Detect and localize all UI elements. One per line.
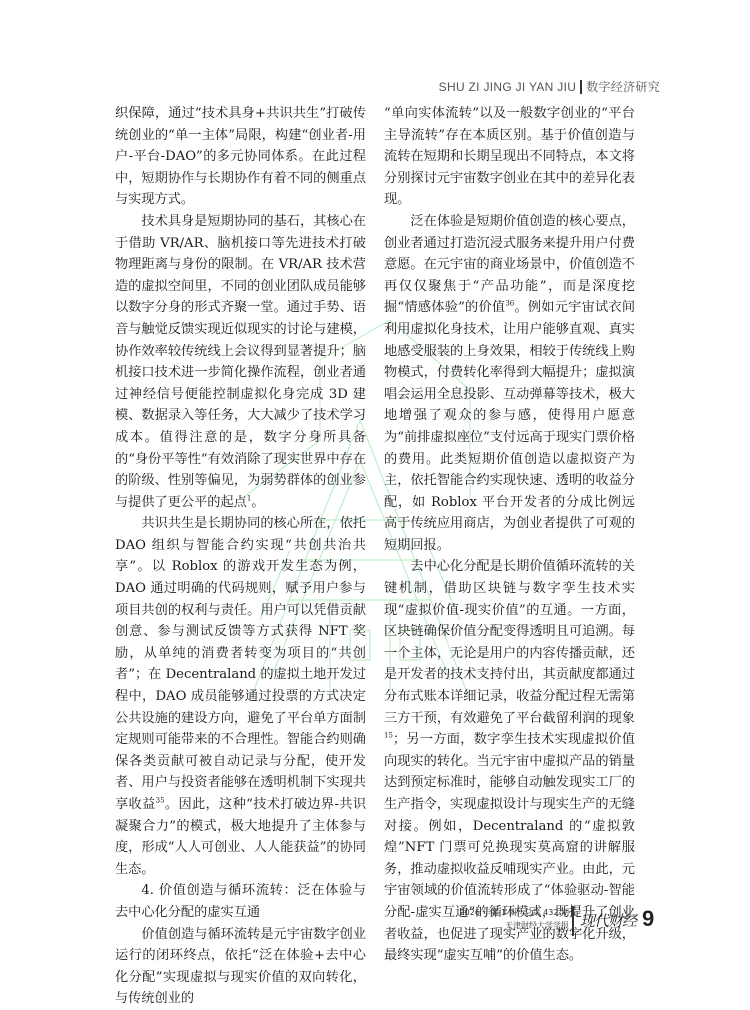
running-header: SHU ZI JING JI YAN JIU 数字经济研究	[439, 78, 660, 95]
citation-ref: 15	[384, 732, 393, 740]
paragraph: 技术具身是短期协同的基石，其核心在于借助 VR/AR、脑机接口等先进技术打破物理…	[115, 211, 366, 513]
citation-ref: 36	[505, 300, 514, 308]
paragraph: 织保障，通过“技术具身+共识共生”打破传统创业的“单一主体”局限，构建“创业者-…	[115, 103, 366, 211]
issue-info: 2026 年第 1 期 总第 432 期	[460, 907, 569, 918]
right-column: “单向实体流转”以及一般数字创业的“平台主导流转”存在本质区别。基于价值创造与流…	[384, 103, 635, 967]
paragraph-text: 。	[251, 495, 264, 510]
paragraph: 价值创造与循环流转是元宇宙数字创业运行的闭环终点，依托“泛在体验+去中心化分配”…	[115, 924, 366, 1010]
footer-divider	[572, 906, 574, 936]
page-footer: 2026 年第 1 期 总第 432 期 天津财经大学学报 现代财经 9	[472, 906, 672, 940]
header-pinyin: SHU ZI JING JI YAN JIU	[439, 80, 577, 94]
paragraph: “单向实体流转”以及一般数字创业的“平台主导流转”存在本质区别。基于价值创造与流…	[384, 103, 635, 211]
paragraph-text: 去中心化分配是长期价值循环流转的关键机制，借助区块链与数字孪生技术实现“虚拟价值…	[384, 559, 635, 725]
paragraph: 泛在体验是短期价值创造的核心要点，创业者通过打造沉浸式服务来提升用户付费意愿。在…	[384, 211, 635, 557]
header-divider	[580, 80, 582, 94]
section-heading: 4. 价值创造与循环流转：泛在体验与去中心化分配的虚实互通	[115, 880, 366, 923]
left-column: 织保障，通过“技术具身+共识共生”打破传统创业的“单一主体”局限，构建“创业者-…	[115, 103, 366, 1010]
paragraph-text: 共识共生是长期协同的核心所在，依托 DAO 组织与智能合约实现“共创共治共享”。…	[115, 516, 366, 812]
paragraph-text: 技术具身是短期协同的基石，其核心在于借助 VR/AR、脑机接口等先进技术打破物理…	[115, 214, 366, 510]
paragraph: 共识共生是长期协同的核心所在，依托 DAO 组织与智能合约实现“共创共治共享”。…	[115, 513, 366, 880]
citation-ref: 35	[156, 797, 165, 805]
publisher-name: 天津财经大学学报	[505, 920, 569, 931]
journal-logo-icon: 现代财经	[580, 910, 636, 931]
page-number: 9	[642, 906, 654, 932]
paragraph-text: 。例如元宇宙试衣间利用虚拟化身技术，让用户能够直观、真实地感受服装的上身效果，相…	[384, 300, 635, 553]
header-section-title: 数字经济研究	[586, 78, 660, 95]
